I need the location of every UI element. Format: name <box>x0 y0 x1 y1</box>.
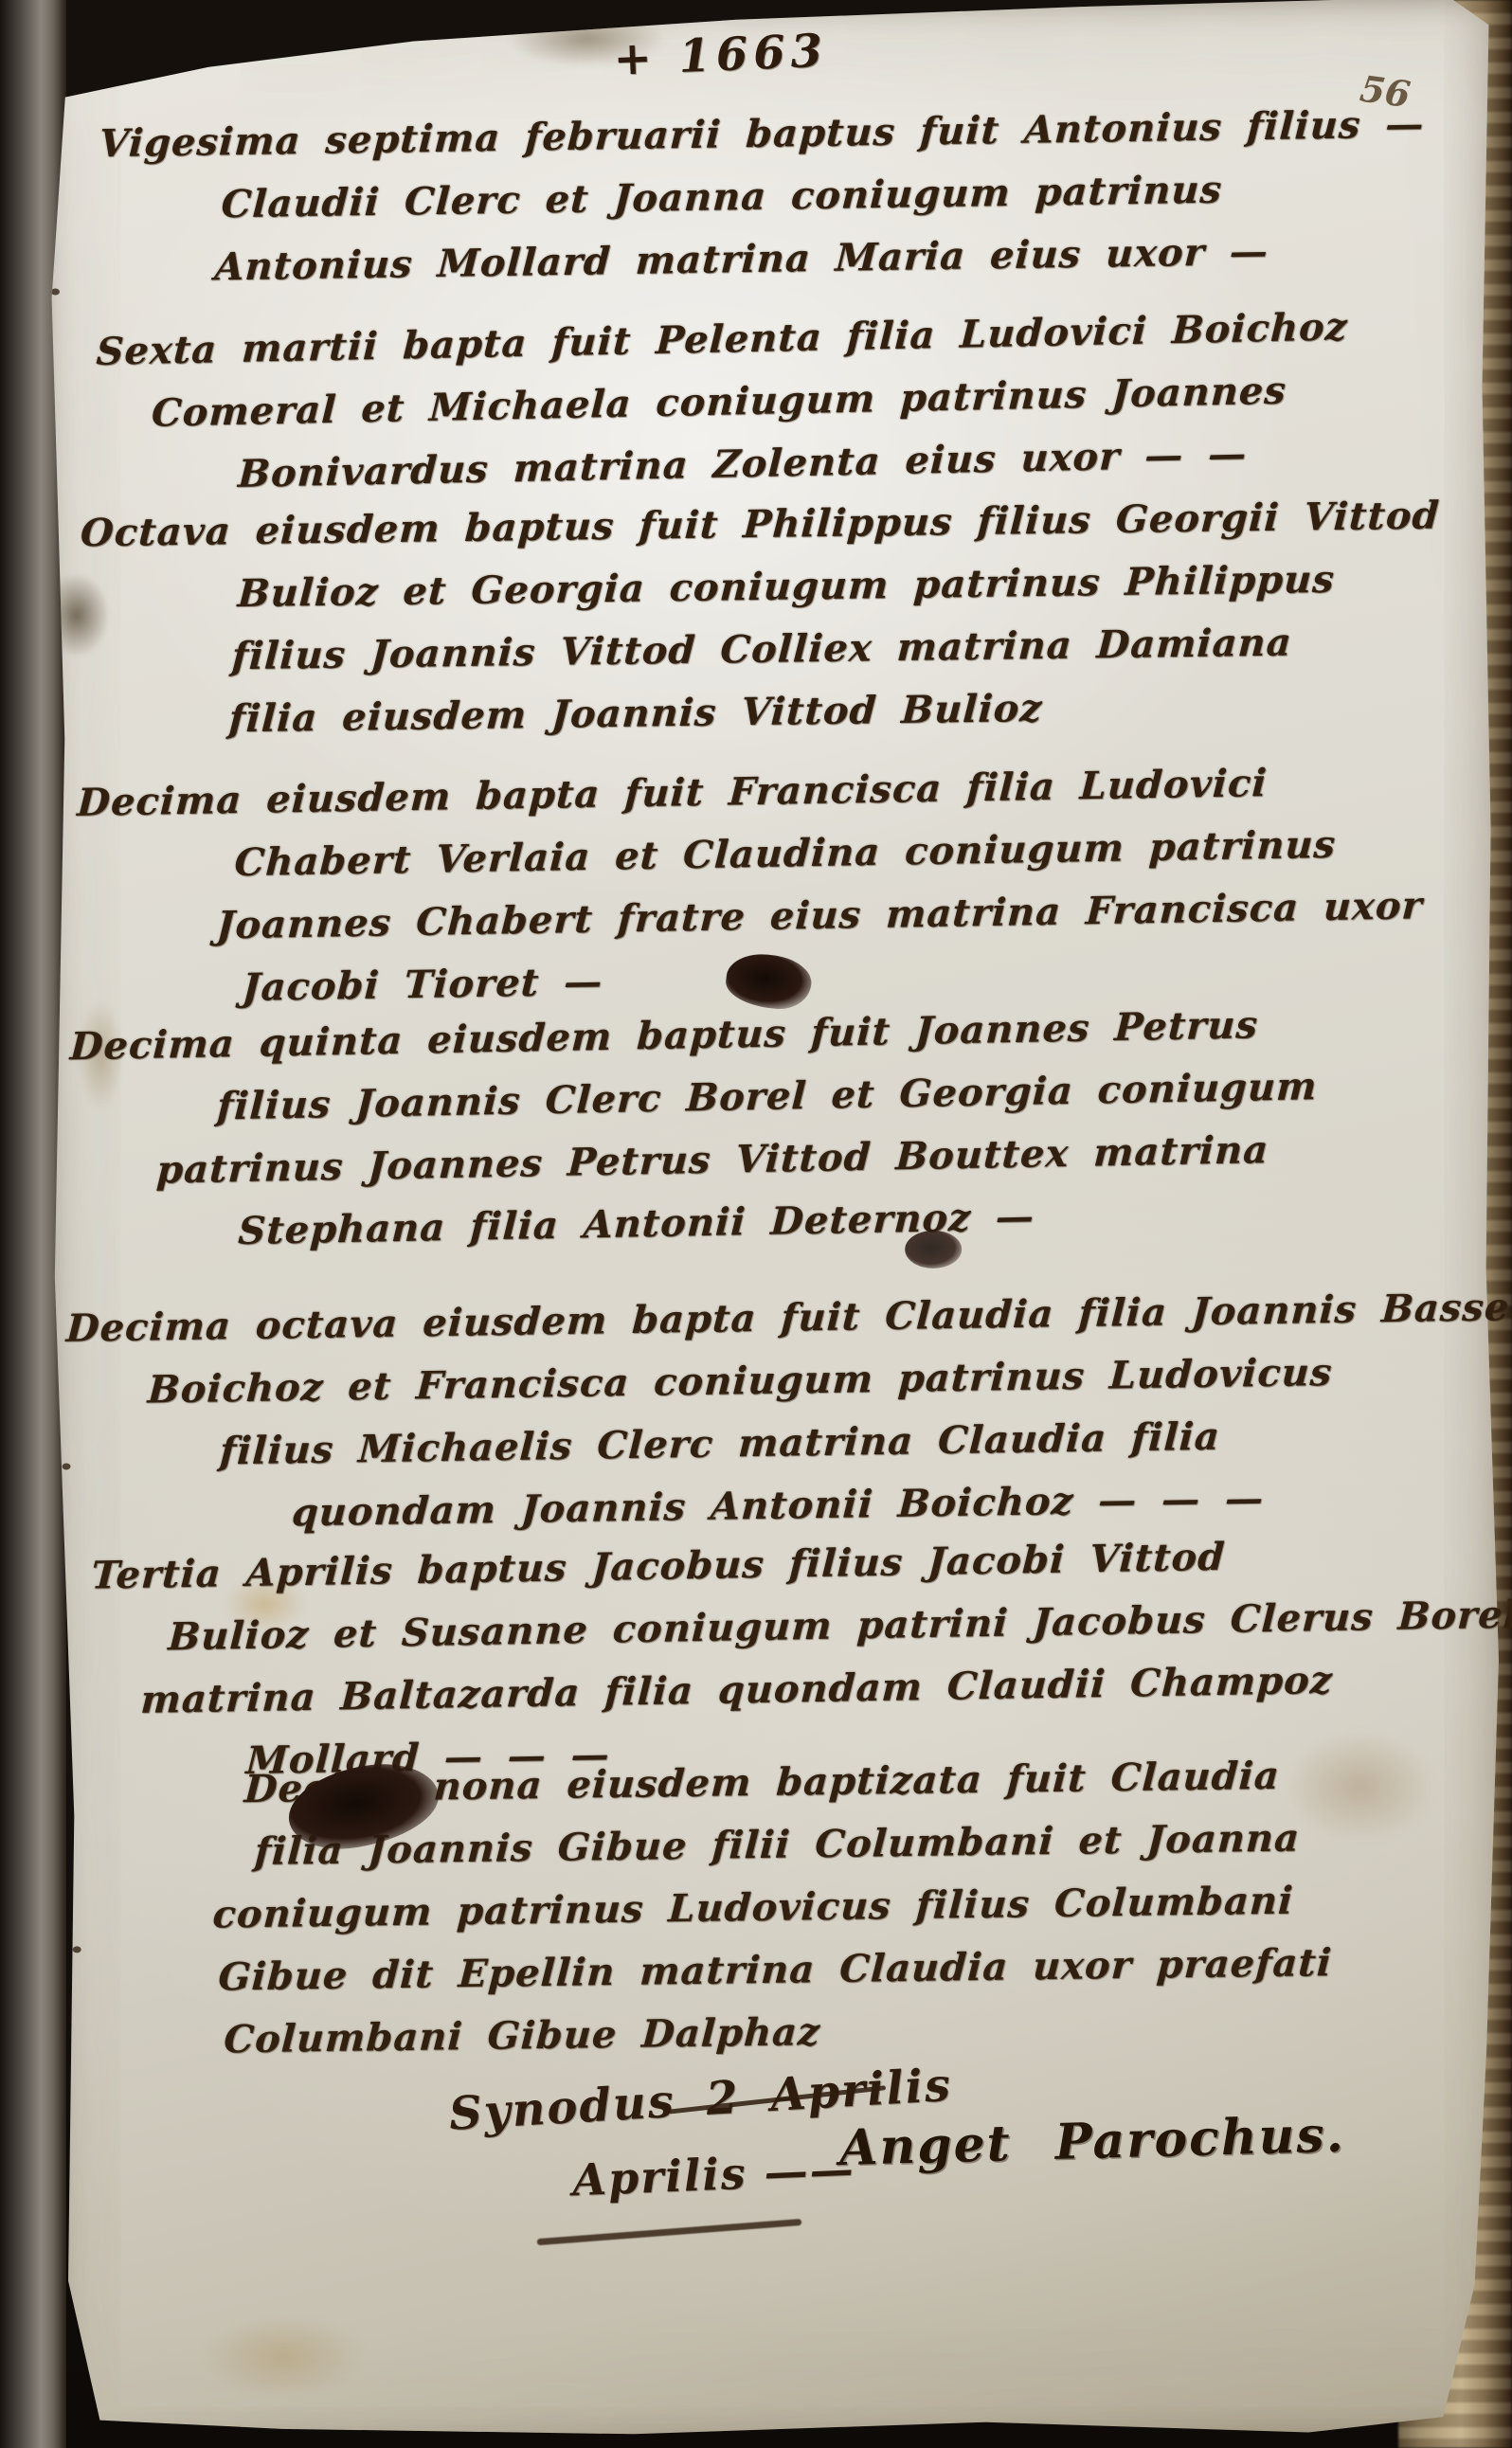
year-header: + 1663 <box>612 25 829 86</box>
baptism-entry: Decima nona eiusdem baptizata fuit Claud… <box>2 1745 1512 2078</box>
paper-stain <box>198 2314 369 2401</box>
baptism-entry: Octava eiusdem baptus fuit Philippus fil… <box>0 487 1510 757</box>
baptism-entry: Sexta martii bapta fuit Pelenta filia Lu… <box>0 296 1509 513</box>
manuscript-photo: + 1663 56 Vigesima septima februarii bap… <box>0 0 1512 2448</box>
page-group: + 1663 56 Vigesima septima februarii bap… <box>0 0 1512 2448</box>
baptism-entry: Decima quinta eiusdem baptus fuit Joanne… <box>0 992 1512 1269</box>
ink-blot <box>905 1231 962 1269</box>
baptism-entry: Decima octava eiusdem bapta fuit Claudia… <box>0 1279 1512 1552</box>
baptism-entry: Vigesima septima februarii baptus fuit A… <box>0 95 1507 305</box>
